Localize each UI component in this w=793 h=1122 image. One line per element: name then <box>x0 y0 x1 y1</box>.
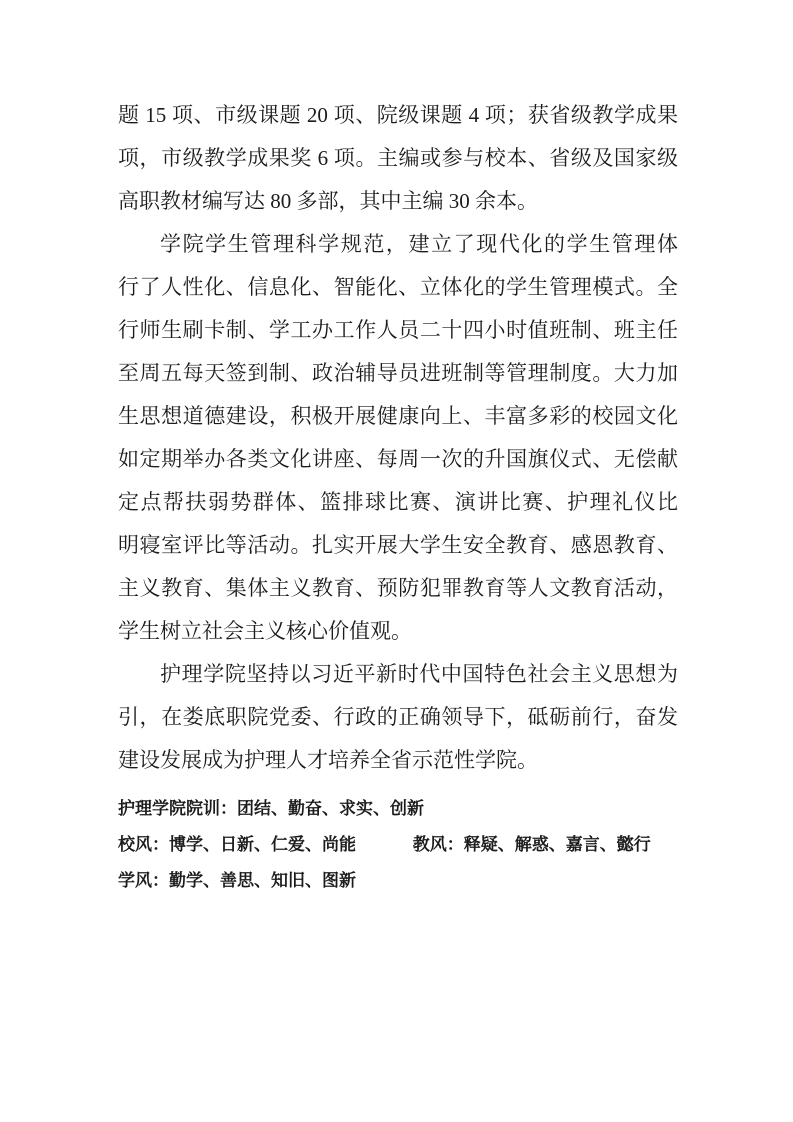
text-line: 学院学生管理科学规范，建立了现代化的学生管理体系，实 <box>118 223 678 266</box>
text-line: 生思想道德建设，积极开展健康向上、丰富多彩的校园文化活动， <box>118 395 678 438</box>
text-line: 主义教育、集体主义教育、预防犯罪教育等人文教育活动，培养 <box>118 567 678 610</box>
text-line: 至周五每天签到制、政治辅导员进班制等管理制度。大力加强学 <box>118 352 678 395</box>
text-line: 护理学院坚持以习近平新时代中国特色社会主义思想为指 <box>118 653 678 696</box>
text-line: 项，市级教学成果奖 6 项。主编或参与校本、省级及国家级中、 <box>118 137 678 180</box>
document-page: 题 15 项、市级课题 20 项、院级课题 4 项；获省级教学成果奖 2项，市级… <box>0 0 793 1122</box>
text-line: 引，在娄底职院党委、行政的正确领导下，砥砺前行，奋发努力， <box>118 696 678 739</box>
text-line: 建设发展成为护理人才培养全省示范性学院。 <box>118 739 678 782</box>
text-line: 学生树立社会主义核心价值观。 <box>118 610 678 653</box>
motto-line-yuanxun: 护理学院院训：团结、勤奋、求实、创新 <box>118 791 678 827</box>
text-line: 行师生刷卡制、学工办工作人员二十四小时值班制、班主任周一 <box>118 309 678 352</box>
motto-xuefeng-text: 学风：勤学、善思、知旧、图新 <box>118 871 356 890</box>
document-body: 题 15 项、市级课题 20 项、院级课题 4 项；获省级教学成果奖 2项，市级… <box>118 94 678 782</box>
text-line: 题 15 项、市级课题 20 项、院级课题 4 项；获省级教学成果奖 2 <box>118 94 678 137</box>
motto-xiaofeng-text: 校风：博学、日新、仁爱、尚能 <box>118 835 356 854</box>
text-line: 行了人性化、信息化、智能化、立体化的学生管理模式。全面实 <box>118 266 678 309</box>
motto-line-xiaofeng-jiaofeng: 校风：博学、日新、仁爱、尚能 教风：释疑、解惑、嘉言、懿行 <box>118 827 678 863</box>
motto-block: 护理学院院训：团结、勤奋、求实、创新 校风：博学、日新、仁爱、尚能 教风：释疑、… <box>118 791 678 899</box>
motto-yuanxun-text: 护理学院院训：团结、勤奋、求实、创新 <box>118 799 424 818</box>
motto-line-xuefeng: 学风：勤学、善思、知旧、图新 <box>118 863 678 899</box>
text-line: 定点帮扶弱势群体、篮排球比赛、演讲比赛、护理礼仪比赛、文 <box>118 481 678 524</box>
text-line: 明寝室评比等活动。扎实开展大学生安全教育、感恩教育、爱国 <box>118 524 678 567</box>
motto-jiaofeng-text: 教风：释疑、解惑、嘉言、懿行 <box>413 835 651 854</box>
text-line: 如定期举办各类文化讲座、每周一次的升国旗仪式、无偿献血、 <box>118 438 678 481</box>
text-line: 高职教材编写达 80 多部，其中主编 30 余本。 <box>118 180 678 223</box>
